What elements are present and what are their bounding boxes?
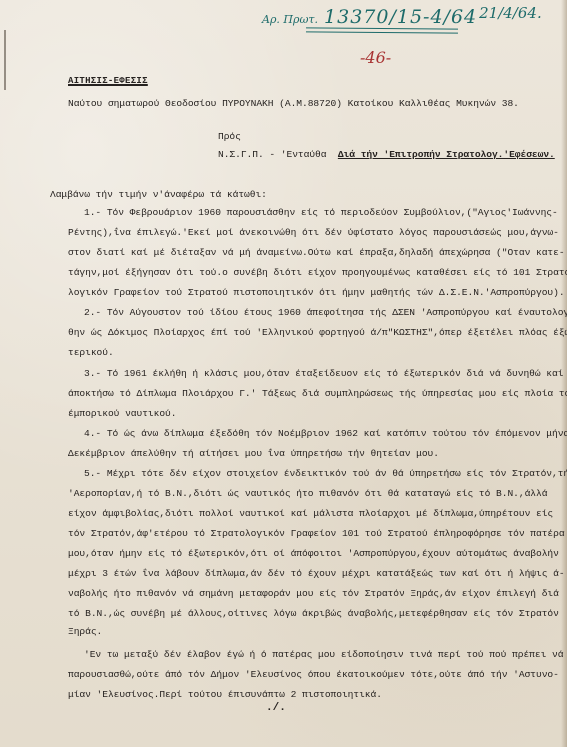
- paragraph-1-line-5: λογικόν Γραφείον τού Στρατού πιστοποιητι…: [68, 287, 565, 299]
- paragraph-4-line-2: Δεκέμβριον άπελύθην τή αίτήσει μου ΐνα ύ…: [68, 448, 439, 460]
- paragraph-5-line-6: μέχρι 3 έτών ΐνα λάβουν δίπλωμα,άν δέν τ…: [68, 568, 565, 580]
- recipient-line: Ν.Σ.Γ.Π. - 'Ενταύθα Διά τήν 'Επιτροπήν Σ…: [218, 149, 555, 161]
- page-number: -46-: [360, 48, 391, 67]
- page-edge-mark: [4, 30, 6, 90]
- recipient-addressee: Ν.Σ.Γ.Π. - 'Ενταύθα: [218, 149, 326, 160]
- recipient-via: Διά τήν 'Επιτροπήν Στρατολογ.'Εφέσεων.: [338, 149, 555, 160]
- paragraph-2-line-2: θην ώς Δόκιμος Πλοίαρχος έπί τού 'Ελληνι…: [68, 327, 567, 339]
- paragraph-6-line-1: 'Εν τω μεταξύ δέν έλαβον έγώ ή ό πατέρας…: [84, 649, 563, 661]
- paragraph-3-line-1: 3.- Τό 1961 έκλήθη ή κλάσις μου,όταν έτα…: [84, 368, 563, 380]
- protocol-number: 13370/15-4/64: [324, 6, 477, 28]
- continuation-mark: ./.: [266, 702, 286, 714]
- paragraph-6-line-3: μίαν 'Ελευσίνος.Περί τούτου έπισυνάπτω 2…: [68, 689, 382, 701]
- protocol-stamp: Αρ. Πρωτ.13370/15-4/6421/4/64.: [262, 4, 542, 28]
- paragraph-4-line-1: 4.- Τό ώς άνω δίπλωμα έξεδόθη τόν Νοέμβρ…: [84, 428, 567, 440]
- paragraph-3-line-3: έμπορικού ναυτικού.: [68, 408, 176, 420]
- protocol-prefix: Αρ. Πρωτ.: [262, 13, 318, 26]
- paragraph-1-line-1: 1.- Τόν Φεβρουάριον 1960 παρουσιάσθην εί…: [84, 207, 558, 219]
- paragraph-5-line-8: τό Β.Ν.,ώς συνέβη μέ άλλους,οίτινες λόγω…: [68, 608, 559, 620]
- paragraph-1-line-2: Ρέντης),ΐνα έπιλεγώ.'Εκεί μοί άνεκοινώθη…: [68, 227, 559, 239]
- document-title: ΑΙΤΗΣΙΣ-ΕΦΕΣΙΣ: [68, 76, 148, 86]
- paragraph-5-line-9: Ξηράς.: [68, 626, 102, 638]
- protocol-date: 21/4/64.: [479, 4, 542, 22]
- paragraph-5-line-3: είχον άμφιβολίας,διότι πολλοί ναυτικοί κ…: [68, 508, 553, 520]
- opening-line: Λαμβάνω τήν τιμήν ν'άναφέρω τά κάτωθι:: [50, 189, 267, 201]
- paragraph-5-line-4: τόν Στρατόν,άφ'ετέρου τό Στρατολογικόν Γ…: [68, 528, 565, 540]
- recipient-to-label: Πρός: [218, 131, 241, 143]
- paragraph-5-line-1: 5.- Μέχρι τότε δέν είχον στοιχείον ένδει…: [84, 468, 567, 480]
- paragraph-5-line-5: μου,όταν ήμην είς τό έξωτερικόν,ότι οί ά…: [68, 548, 559, 560]
- applicant-line: Ναύτου σηματωρού Θεοδοσίου ΠΥΡΟΥΝΑΚΗ (Α.…: [68, 98, 519, 110]
- paragraph-2-line-3: τερικού.: [68, 347, 114, 359]
- paragraph-1-line-4: τάγην,μοί έξήγησαν ότι τού.ο συνέβη διότ…: [68, 267, 567, 279]
- paragraph-5-line-7: ναβολής ήτο πιθανόν νά σημάνη μεταφοράν …: [68, 588, 559, 600]
- paragraph-2-line-1: 2.- Τόν Αύγουστον τού ίδίου έτους 1960 ά…: [84, 307, 567, 319]
- paragraph-5-line-2: 'Αεροπορίαν,ή τό Β.Ν.,διότι ώς ναυτικός …: [68, 488, 547, 500]
- paragraph-6-line-2: παρουσιασθώ,ούτε άπό τόν Δήμον 'Ελευσίνο…: [68, 669, 559, 681]
- paragraph-3-line-2: άποκτήσω τό Δίπλωμα Πλοιάρχου Γ.' Τάξεως…: [68, 388, 567, 400]
- paragraph-1-line-3: στον διατί καί μέ διέταξαν νά μή άναμείν…: [68, 247, 565, 259]
- document-page: Αρ. Πρωτ.13370/15-4/6421/4/64. -46- ΑΙΤΗ…: [0, 0, 567, 747]
- protocol-underline: [306, 27, 458, 33]
